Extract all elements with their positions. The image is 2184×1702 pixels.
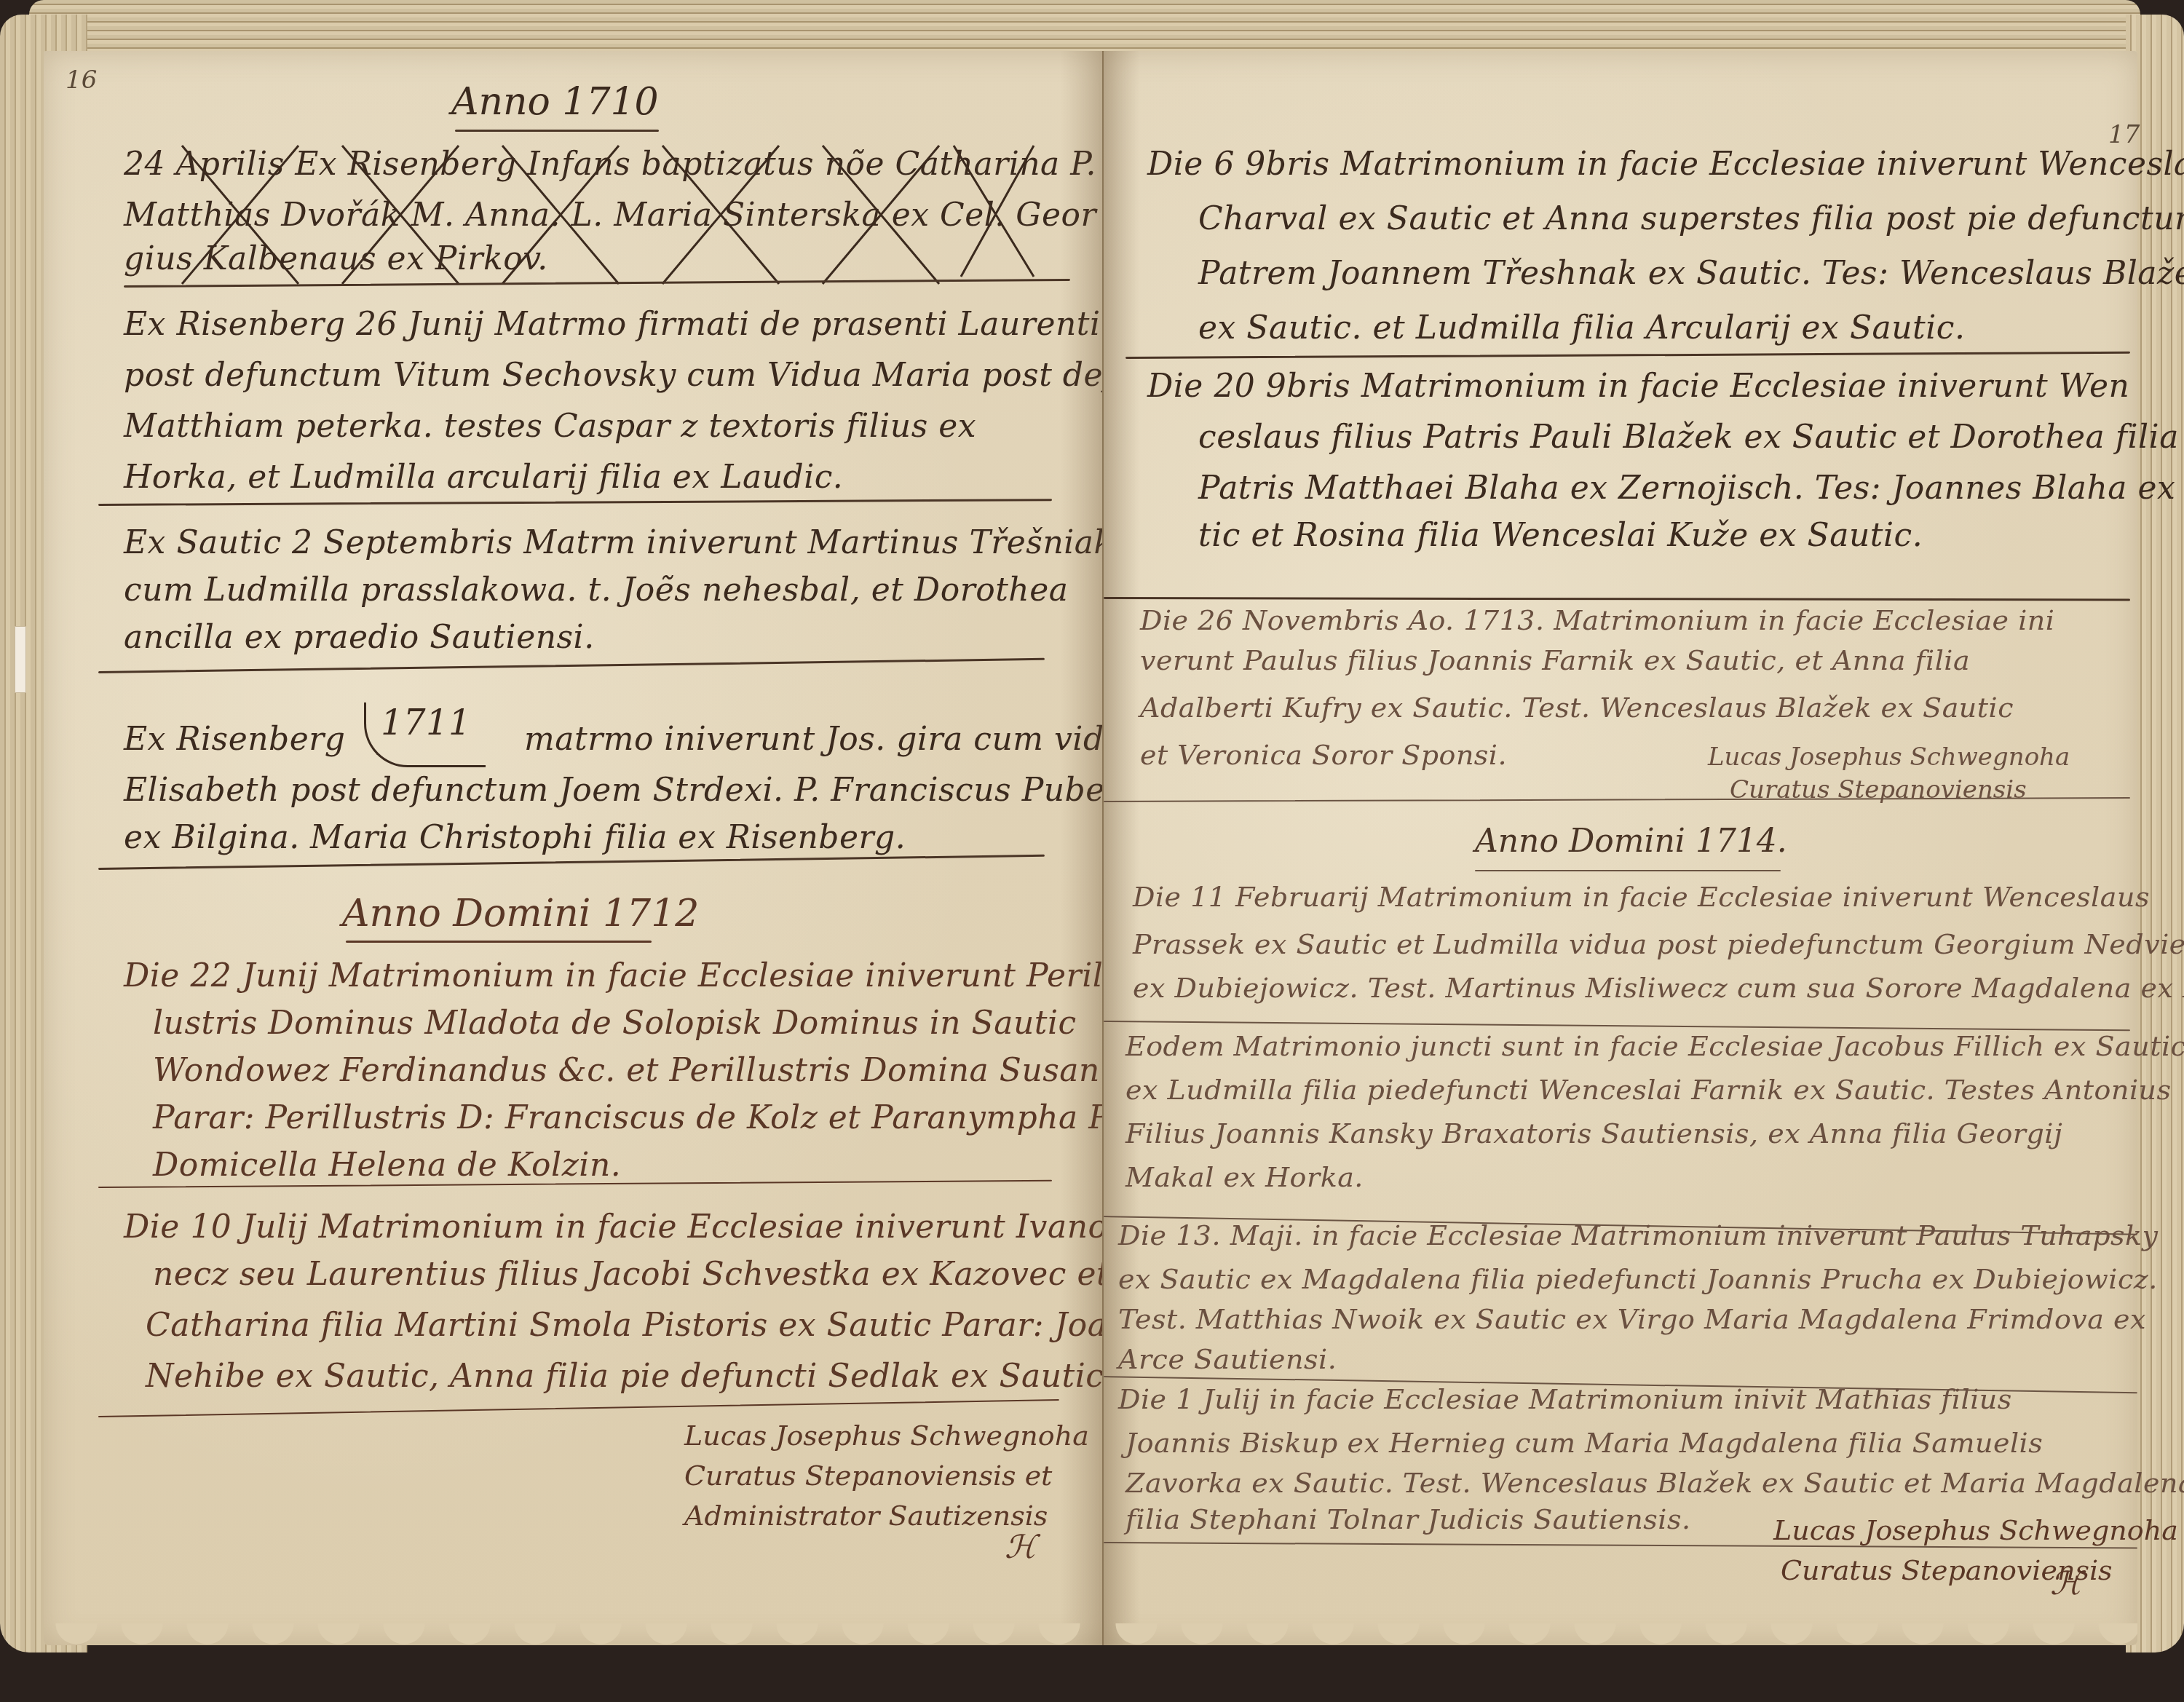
entry-line: ex Ludmilla filia piedefuncti Wenceslai … (1125, 1074, 2172, 1106)
entry-line: Makal ex Horka. (1125, 1161, 1364, 1193)
entry-divider (1104, 597, 2130, 601)
entry-line: Die 13. Maji. in facie Ecclesiae Matrimo… (1118, 1219, 2159, 1251)
heading-anno-domini-1712: Anno Domini 1712 (342, 892, 699, 935)
entry-line: ex Sautic. et Ludmilla filia Arcularij e… (1198, 309, 1966, 347)
entry-line: Elisabeth post defunctum Joem Strdexi. P… (124, 772, 1120, 809)
entry-line: Die 22 Junij Matrimonium in facie Eccles… (124, 957, 1103, 994)
page-bottom-edge-right (1104, 1623, 2137, 1667)
entry-line: Filius Joannis Kansky Braxatoris Sautien… (1125, 1117, 2062, 1149)
entry-line: cum Ludmilla prasslakowa. t. Joẽs nehesb… (124, 571, 1068, 609)
entry-line: Nehibe ex Sautic, Anna filia pie defunct… (146, 1358, 1115, 1395)
entry-line: Patris Matthaei Blaha ex Zernojisch. Tes… (1198, 470, 2184, 507)
entry-line: post defunctum Vitum Sechovsky cum Vidua… (124, 357, 1210, 394)
right-page: 17 Die 6 9bris Matrimonium in facie Eccl… (1104, 51, 2137, 1645)
entry-line: matrmo iniverunt Jos. gira cum vidua (524, 721, 1144, 758)
binding-thread-mark (15, 626, 26, 693)
entry-line: Matthiam peterka. testes Caspar z textor… (124, 408, 976, 445)
signature-flourish-icon: ℋ (1005, 1529, 1036, 1566)
entry-line: Die 26 Novembris Ao. 1713. Matrimonium i… (1140, 604, 2054, 636)
entry-line: Horka, et Ludmilla arcularij filia ex La… (124, 459, 843, 496)
entry-line: Prassek ex Sautic et Ludmilla vidua post… (1133, 928, 2184, 960)
entry-line: Ex Risenberg (124, 721, 345, 758)
page-number-right: 17 (2108, 120, 2140, 149)
entry-line: Joannis Biskup ex Hernieg cum Maria Magd… (1125, 1427, 2043, 1459)
entry-line: et Veronica Soror Sponsi. (1140, 739, 1507, 771)
entry-line: Eodem Matrimonio juncti sunt in facie Ec… (1125, 1030, 2184, 1062)
signature-line: Curatus Stepanoviensis (1730, 775, 2027, 804)
entry-line: tic et Rosina filia Wenceslai Kuže ex Sa… (1198, 517, 1923, 554)
entry-divider (1125, 352, 2130, 359)
entry-line: Die 1 Julij in facie Ecclesiae Matrimoni… (1118, 1383, 2012, 1415)
entry-divider (98, 1399, 1059, 1417)
entry-line: Die 11 Februarij Matrimonium in facie Ec… (1133, 881, 2150, 913)
entry-line: Patrem Joannem Třeshnak ex Sautic. Tes: … (1198, 255, 2184, 292)
entry-line: Adalberti Kufry ex Sautic. Test. Wencesl… (1140, 692, 2014, 724)
entry-line: ceslaus filius Patris Pauli Blažek ex Sa… (1198, 419, 2179, 456)
entry-line: Die 10 Julij Matrimonium in facie Eccles… (124, 1208, 1136, 1246)
heading-anno-1710: Anno 1710 (451, 80, 659, 124)
entry-line: Zavorka ex Sautic. Test. Wenceslaus Blaž… (1125, 1467, 2184, 1499)
entry-line: Domicella Helena de Kolzin. (153, 1147, 621, 1184)
entry-line: necz seu Laurentius filius Jacobi Schves… (153, 1256, 1109, 1293)
signature-line: Lucas Josephus Schwegnoha (684, 1420, 1089, 1452)
entry-line: lustris Dominus Mladota de Solopisk Domi… (153, 1005, 1077, 1042)
signature-line: Administrator Sautizensis (684, 1500, 1048, 1532)
heading-anno-domini-1714: Anno Domini 1714. (1475, 823, 1787, 860)
entry-divider (98, 658, 1045, 673)
entry-divider (98, 499, 1052, 506)
entry-line: Die 20 9bris Matrimonium in facie Eccles… (1147, 368, 2129, 405)
year-1711-circled: 1711 (364, 702, 486, 767)
entry-line: Ex Risenberg 26 Junij Matrmo firmati de … (124, 306, 1138, 343)
entry-line: Charval ex Sautic et Anna superstes fili… (1198, 200, 2184, 237)
entry-line: ancilla ex praedio Sautiensi. (124, 619, 595, 656)
heading-underline (346, 941, 652, 943)
entry-line: Ex Sautic 2 Septembris Matrm iniverunt M… (124, 524, 1114, 561)
page-bottom-edge-left (44, 1623, 1104, 1667)
heading-underline (455, 130, 659, 132)
entry-line: filia Stephani Tolnar Judicis Sautiensis… (1125, 1503, 1691, 1535)
entry-line: Test. Matthias Nwoik ex Sautic ex Virgo … (1118, 1303, 2146, 1335)
strike-through-xs (124, 138, 1070, 291)
entry-line: Catharina filia Martini Smola Pistoris e… (146, 1307, 1185, 1344)
left-page: 16 Anno 1710 24 Aprilis Ex Risenberg Inf… (44, 51, 1104, 1645)
heading-underline (1475, 870, 1781, 871)
signature-line: Curatus Stepanoviensis et (684, 1460, 1052, 1492)
entry-line: ex Bilgina. Maria Christophi filia ex Ri… (124, 819, 906, 856)
open-register-book: 16 Anno 1710 24 Aprilis Ex Risenberg Inf… (0, 0, 2184, 1702)
entry-line: verunt Paulus filius Joannis Farnik ex S… (1140, 644, 1970, 676)
entry-line: ex Dubiejowicz. Test. Martinus Misliwecz… (1133, 972, 2184, 1004)
signature-line: Lucas Josephus Schwegnoha (1773, 1514, 2178, 1546)
signature-flourish-icon: ℋ (2050, 1565, 2081, 1602)
entry-line: Die 6 9bris Matrimonium in facie Ecclesi… (1147, 146, 2184, 183)
page-number-left: 16 (66, 66, 97, 95)
entry-line: ex Sautic ex Magdalena filia piedefuncti… (1118, 1263, 2158, 1295)
entry-line: Arce Sautiensi. (1118, 1343, 1337, 1375)
signature-line: Lucas Josephus Schwegnoha (1708, 743, 2070, 772)
entry-divider (98, 855, 1045, 870)
